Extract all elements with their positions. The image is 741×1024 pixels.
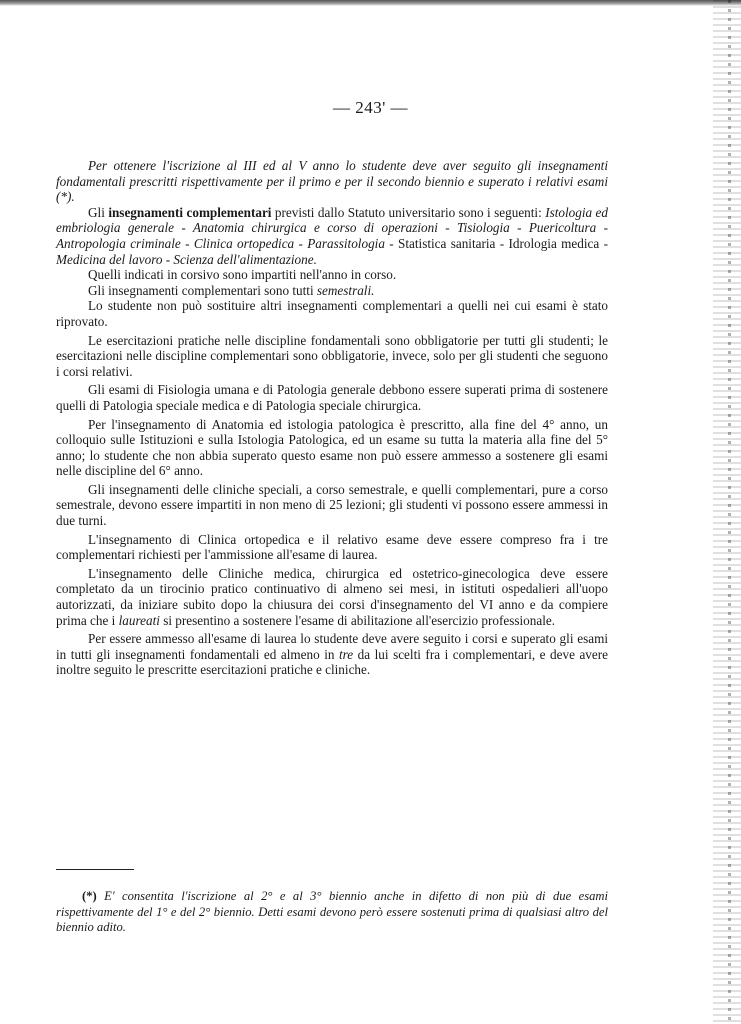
italic-course-list-2: Medicina del lavoro - Scienza dell'alime… [56,252,317,267]
body-text: Per ottenere l'iscrizione al III ed al V… [56,158,608,678]
italic-word: semestrali. [317,283,375,298]
italic-word: laureati [119,613,160,628]
paragraph-exam-order: Gli esami di Fisiologia umana e di Patol… [56,382,608,413]
scan-top-edge [0,0,741,6]
footnote: (*) E' consentita l'iscrizione al 2° e a… [56,889,608,936]
paragraph-substitution: Lo studente non può sostituire altri ins… [56,298,608,329]
paragraph-degree-admission: Per essere ammesso all'esame di laurea l… [56,631,608,678]
text-run: Gli [88,205,108,220]
footnote-text: E' consentita l'iscrizione al 2° e al 3°… [56,889,608,934]
paragraph-semestral: Gli insegnamenti complementari sono tutt… [56,283,608,299]
scan-right-edge [713,0,741,1024]
text-run: si presentino a sostenere l'esame di abi… [160,613,555,628]
paragraph-orthopedics: L'insegnamento di Clinica ortopedica e i… [56,532,608,563]
paragraph-internship: L'insegnamento delle Cliniche medica, ch… [56,566,608,628]
footnote-paragraph: (*) E' consentita l'iscrizione al 2° e a… [56,889,608,936]
page-number: — 243' — [0,98,741,118]
paragraph-italic-note: Quelli indicati in corsivo sono impartit… [56,267,608,283]
roman-course-list: - Statistica sanitaria - Idrologia medic… [385,236,608,251]
paragraph-complementary-list: Gli insegnamenti complementari previsti … [56,205,608,267]
scan-right-edge-line [728,0,731,1024]
footnote-divider [56,869,134,870]
paragraph-special-clinics: Gli insegnamenti delle cliniche speciali… [56,482,608,529]
footnote-mark: (*) [82,889,97,903]
italic-word: tre [339,647,353,662]
paragraph-anatomy: Per l'insegnamento di Anatomia ed istolo… [56,417,608,479]
paragraph-practical-exercises: Le esercitazioni pratiche nelle discipli… [56,333,608,380]
text-run: Gli insegnamenti complementari sono tutt… [88,283,317,298]
paragraph-enrollment: Per ottenere l'iscrizione al III ed al V… [56,158,608,205]
bold-term: insegnamenti complementari [108,205,271,220]
text-run: previsti dallo Statuto universitario son… [271,205,545,220]
